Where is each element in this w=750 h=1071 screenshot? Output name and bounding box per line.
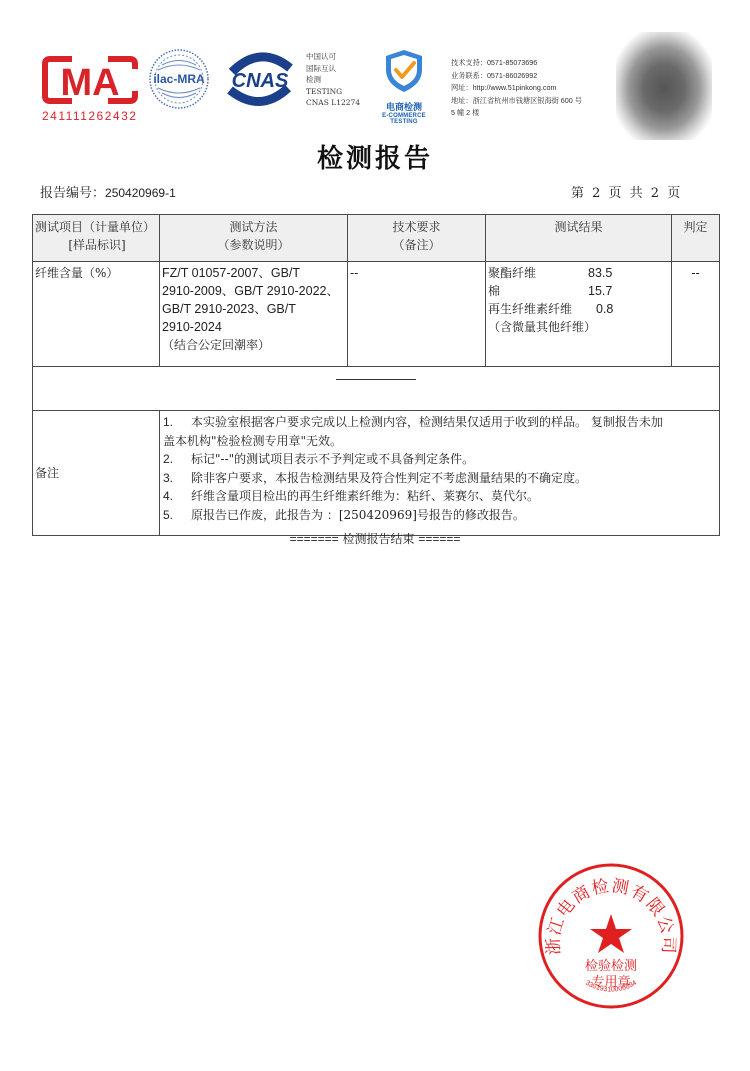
result-value: 15.7	[588, 282, 612, 300]
ecommerce-logo-en: E-COMMERCE TESTING	[370, 113, 438, 125]
cell-test-item: 纤维含量（%）	[33, 262, 160, 367]
note-text: 标记"--"的测试项目表示不予判定或不具备判定条件。	[191, 452, 474, 466]
cell-requirement: --	[348, 262, 486, 367]
note-number: 5.	[163, 506, 191, 525]
document-title: 检测报告	[0, 138, 750, 175]
contact-info: 技术支持：0571-85073696 业务联系：0571-86026992 网址…	[451, 57, 582, 120]
note-number: 2.	[163, 450, 191, 469]
svg-text:ilac-MRA: ilac-MRA	[153, 72, 205, 86]
method-line: 2910-2024	[162, 318, 347, 336]
method-line: GB/T 2910-2023、GB/T	[162, 300, 347, 318]
cnas-line: TESTING	[306, 86, 360, 98]
header-test-item: 测试项目（计量单位） [样品标识]	[33, 215, 160, 262]
header-line: 判定	[672, 218, 719, 236]
note-item: 5.原报告已作废，此报告为 ：[250420969]号报告的修改报告。	[160, 506, 719, 525]
official-seal-icon: 浙江电商检测有限公司 检验检测 专用章 33019310006894	[537, 862, 685, 1010]
method-note: （结合公定回潮率）	[162, 336, 347, 354]
note-text: 本实验室根据客户要求完成以上检测内容，检测结果仅适用于收到的样品。 复制报告未加	[191, 415, 663, 429]
note-text: 纤维含量项目检出的再生纤维素纤维为：粘纤、莱赛尔、莫代尔。	[191, 489, 539, 503]
note-item: 2.标记"--"的测试项目表示不予判定或不具备判定条件。	[160, 450, 719, 469]
header-requirement: 技术要求 （备注）	[348, 215, 486, 262]
cnas-line: 检测	[306, 74, 360, 86]
address-line-2: 5 幢 2 楼	[451, 107, 582, 120]
header-line: 测试方法	[160, 218, 347, 236]
result-value: 83.5	[588, 264, 612, 282]
cell-test-result: 聚酯纤维 83.5 棉 15.7 再生纤维素纤维 0.8 （含微量其他纤维）	[486, 262, 672, 367]
note-text-continued: 盖本机构"检验检测专用章"无效。	[160, 432, 719, 451]
requirement-text: --	[350, 266, 358, 280]
header-test-result: 测试结果	[486, 215, 672, 262]
end-marker-text: 检测报告结束	[343, 532, 415, 546]
cnas-line: 国际互认	[306, 63, 360, 75]
end-marker-right: ======	[418, 532, 460, 546]
header-test-method: 测试方法 （参数说明）	[160, 215, 348, 262]
address-line-1: 地址：浙江省杭州市钱塘区银海街 600 号	[451, 95, 582, 108]
cell-test-method: FZ/T 01057-2007、GB/T 2910-2009、GB/T 2910…	[160, 262, 348, 367]
header-verdict: 判定	[672, 215, 720, 262]
notes-label-cell: 备注	[33, 411, 160, 536]
note-item: 4.纤维含量项目检出的再生纤维素纤维为：粘纤、莱赛尔、莫代尔。	[160, 487, 719, 506]
end-marker-left: =======	[290, 532, 339, 546]
report-number-label: 报告编号：	[40, 186, 105, 201]
qr-code-icon	[616, 32, 712, 140]
report-end-marker: ======= 检测报告结束 ======	[0, 530, 750, 547]
blank-row	[33, 367, 720, 411]
result-label: 聚酯纤维	[488, 264, 588, 282]
cma-mark-icon: MA	[42, 55, 138, 105]
cma-number: 241111262432	[42, 109, 142, 123]
test-item-text: 纤维含量（%）	[35, 266, 118, 280]
notes-row: 备注 1.本实验室根据客户要求完成以上检测内容，检测结果仅适用于收到的样品。 复…	[33, 411, 720, 536]
svg-text:MA: MA	[60, 62, 119, 104]
note-number: 1.	[163, 413, 191, 432]
blank-cell	[33, 367, 720, 411]
svg-text:CNAS: CNAS	[232, 70, 289, 92]
page-info: 第 2 页 共 2 页	[571, 182, 680, 201]
header-line: （参数说明）	[160, 236, 347, 254]
result-label: 再生纤维素纤维	[488, 300, 596, 318]
report-number-value: 250420969-1	[105, 186, 176, 200]
note-number: 4.	[163, 487, 191, 506]
seal-center-line1: 检验检测	[585, 958, 637, 974]
ilac-mra-logo-icon: ilac-MRA	[148, 48, 210, 110]
note-text: 原报告已作废，此报告为 ：[250420969]号报告的修改报告。	[191, 508, 525, 522]
note-item: 1.本实验室根据客户要求完成以上检测内容，检测结果仅适用于收到的样品。 复制报告…	[160, 413, 719, 432]
cell-verdict: --	[672, 262, 720, 367]
result-line: 棉 15.7	[488, 282, 671, 300]
table-row: 纤维含量（%） FZ/T 01057-2007、GB/T 2910-2009、G…	[33, 262, 720, 367]
note-number: 3.	[163, 469, 191, 488]
cnas-logo-icon: CNAS	[220, 50, 300, 108]
result-note: （含微量其他纤维）	[488, 318, 671, 336]
header-line: [样品标识]	[35, 236, 159, 254]
website: 网址：http://www.51pinkong.com	[451, 82, 582, 95]
notes-content-cell: 1.本实验室根据客户要求完成以上检测内容，检测结果仅适用于收到的样品。 复制报告…	[160, 411, 720, 536]
cnas-line: 中国认可	[306, 51, 360, 63]
note-text: 除非客户要求，本报告检测结果及符合性判定不考虑测量结果的不确定度。	[191, 471, 587, 485]
result-line: 再生纤维素纤维 0.8	[488, 300, 671, 318]
note-item: 3.除非客户要求，本报告检测结果及符合性判定不考虑测量结果的不确定度。	[160, 469, 719, 488]
shield-check-icon	[382, 48, 426, 94]
header-line: 测试结果	[486, 218, 671, 236]
cma-logo: MA 241111262432	[42, 55, 142, 123]
business-phone: 业务联系：0571-86026992	[451, 70, 582, 83]
verdict-text: --	[691, 266, 699, 280]
header-line: 技术要求	[348, 218, 485, 236]
test-results-table: 测试项目（计量单位） [样品标识] 测试方法 （参数说明） 技术要求 （备注） …	[32, 214, 720, 536]
tech-support-phone: 技术支持：0571-85073696	[451, 57, 582, 70]
cnas-line: CNAS L12274	[306, 97, 360, 109]
method-line: FZ/T 01057-2007、GB/T	[162, 264, 347, 282]
notes-label: 备注	[35, 466, 59, 480]
table-header-row: 测试项目（计量单位） [样品标识] 测试方法 （参数说明） 技术要求 （备注） …	[33, 215, 720, 262]
method-line: 2910-2009、GB/T 2910-2022、	[162, 282, 347, 300]
header-line: （备注）	[348, 236, 485, 254]
separator-line	[336, 379, 416, 380]
result-value: 0.8	[596, 300, 613, 318]
ecommerce-logo-cn: 电商检测	[370, 100, 438, 113]
result-line: 聚酯纤维 83.5	[488, 264, 671, 282]
header-line: 测试项目（计量单位）	[35, 218, 159, 236]
ecommerce-testing-logo: 电商检测 E-COMMERCE TESTING	[370, 48, 438, 118]
result-label: 棉	[488, 282, 588, 300]
cnas-accreditation-text: 中国认可 国际互认 检测 TESTING CNAS L12274	[306, 51, 360, 109]
report-number: 报告编号：250420969-1	[40, 182, 176, 201]
